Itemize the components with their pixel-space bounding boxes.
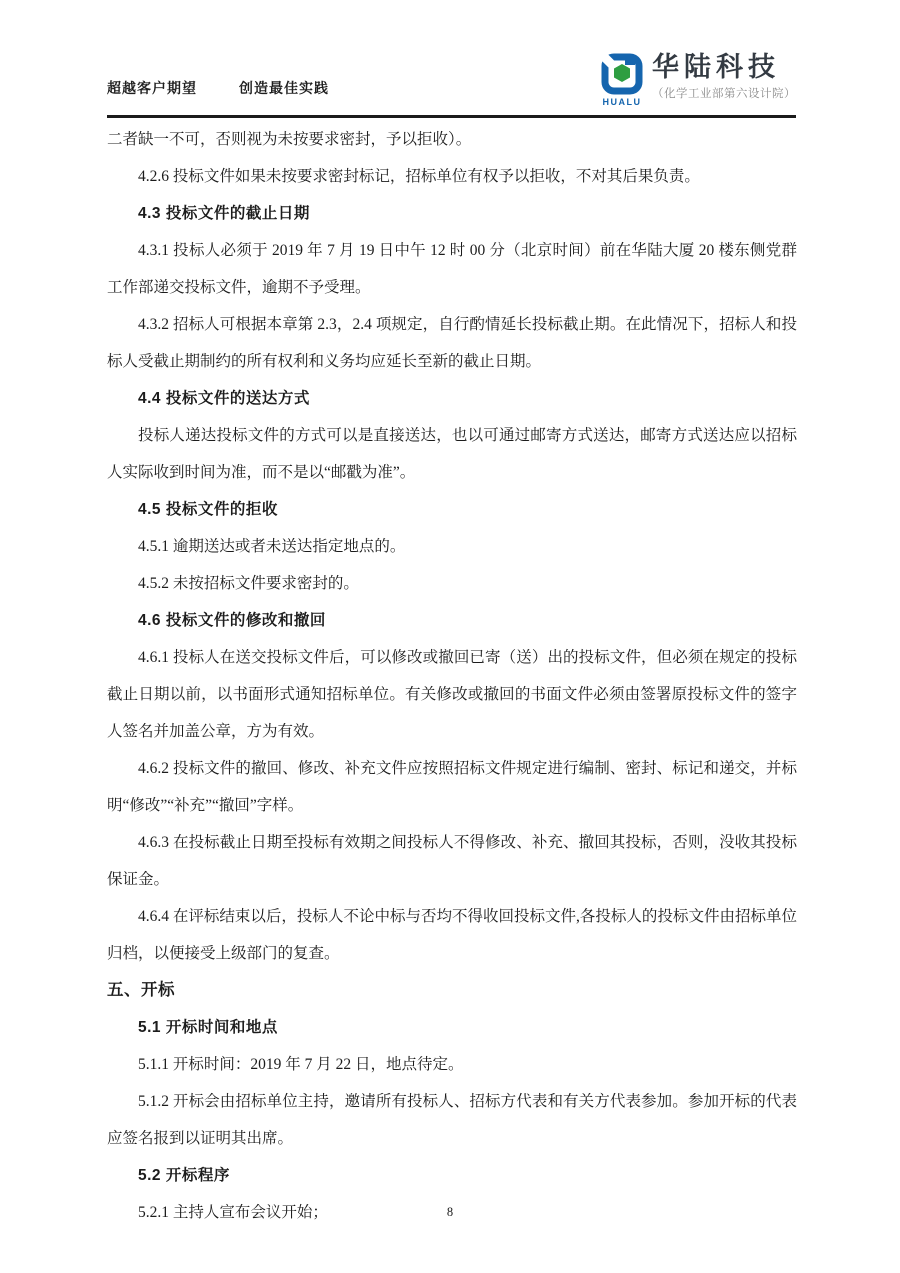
company-name: 华陆科技	[652, 52, 796, 82]
hualu-logo-mark	[600, 52, 644, 96]
paragraph: 4.3.1 投标人必须于 2019 年 7 月 19 日中午 12 时 00 分…	[107, 232, 797, 306]
paragraph: 4.3.2 招标人可根据本章第 2.3，2.4 项规定，自行酌情延长投标截止期。…	[107, 306, 797, 380]
company-tagline: 超越客户期望创造最佳实践	[107, 78, 329, 98]
paragraph: 5.1.2 开标会由招标单位主持，邀请所有投标人、招标方代表和有关方代表参加。参…	[107, 1083, 797, 1157]
logo-words: 华陆科技 （化学工业部第六设计院）	[652, 52, 796, 101]
page-number: 8	[0, 1205, 900, 1220]
paragraph: 投标人递达投标文件的方式可以是直接送达，也以可通过邮寄方式送达，邮寄方式送达应以…	[107, 417, 797, 491]
company-subtitle: （化学工业部第六设计院）	[652, 85, 796, 101]
section-heading: 五、开标	[107, 972, 797, 1009]
hualu-logo-icon: HUALU	[599, 52, 645, 107]
company-logo: HUALU 华陆科技 （化学工业部第六设计院）	[599, 52, 796, 107]
paragraph: 5.1.1 开标时间：2019 年 7 月 22 日，地点待定。	[107, 1046, 797, 1083]
paragraph: 二者缺一不可，否则视为未按要求密封，予以拒收）。	[107, 121, 797, 158]
paragraph: 4.5.1 逾期送达或者未送达指定地点的。	[107, 528, 797, 565]
section-heading: 5.2 开标程序	[138, 1157, 797, 1194]
paragraph: 4.2.6 投标文件如果未按要求密封标记，招标单位有权予以拒收，不对其后果负责。	[107, 158, 797, 195]
paragraph: 4.5.2 未按招标文件要求密封的。	[107, 565, 797, 602]
logo-wordmark: HUALU	[599, 97, 645, 107]
document-body: 二者缺一不可，否则视为未按要求密封，予以拒收）。4.2.6 投标文件如果未按要求…	[107, 121, 797, 1231]
document-page: 超越客户期望创造最佳实践 HUALU 华陆科技 （化学工业部第六设计院）	[0, 0, 900, 1273]
page-header: 超越客户期望创造最佳实践 HUALU 华陆科技 （化学工业部第六设计院）	[107, 0, 796, 118]
section-heading: 4.6 投标文件的修改和撤回	[138, 602, 797, 639]
paragraph: 4.6.1 投标人在送交投标文件后，可以修改或撤回已寄（送）出的投标文件，但必须…	[107, 639, 797, 750]
tagline-right: 创造最佳实践	[239, 80, 329, 96]
paragraph: 4.6.4 在评标结束以后，投标人不论中标与否均不得收回投标文件,各投标人的投标…	[107, 898, 797, 972]
section-heading: 5.1 开标时间和地点	[138, 1009, 797, 1046]
section-heading: 4.4 投标文件的送达方式	[138, 380, 797, 417]
paragraph: 4.6.2 投标文件的撤回、修改、补充文件应按照招标文件规定进行编制、密封、标记…	[107, 750, 797, 824]
section-heading: 4.5 投标文件的拒收	[138, 491, 797, 528]
section-heading: 4.3 投标文件的截止日期	[138, 195, 797, 232]
header-divider	[107, 115, 796, 118]
tagline-left: 超越客户期望	[107, 80, 197, 96]
paragraph: 4.6.3 在投标截止日期至投标有效期之间投标人不得修改、补充、撤回其投标，否则…	[107, 824, 797, 898]
